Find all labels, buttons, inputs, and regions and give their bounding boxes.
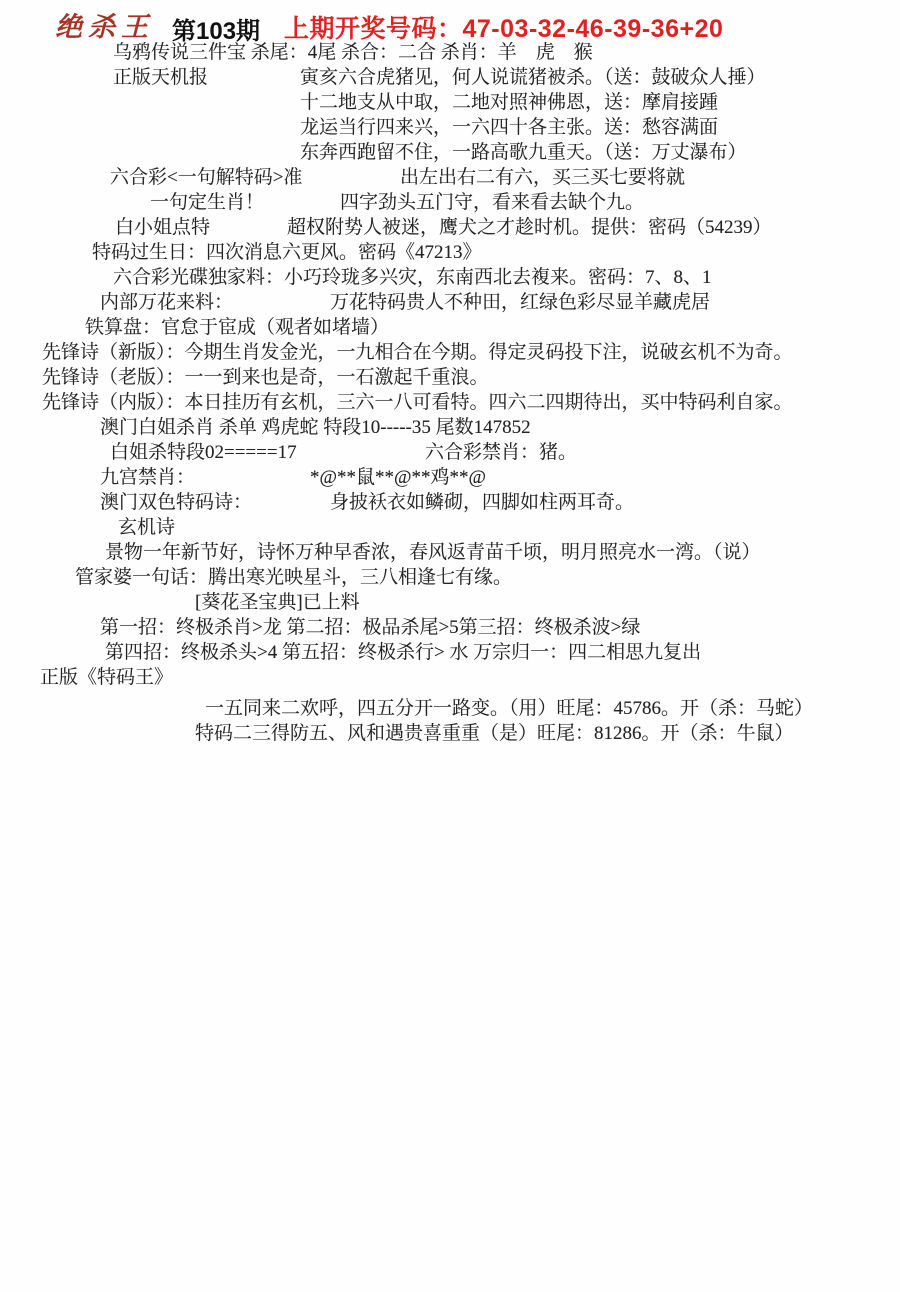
text-line: 先锋诗（老版）：一一到来也是奇，一石激起千重浪。 (0, 365, 900, 390)
text-segment: [葵花圣宝典]已上料 (195, 590, 360, 615)
text-line: 白姐杀特段02=====17六合彩禁肖：猪。 (0, 440, 900, 465)
text-segment: 东奔西跑留不住，一路高歌九重天。（送：万丈瀑布） (300, 140, 747, 165)
text-segment: 第四招：终极杀头>4 第五招：终极杀行> 水 万宗归一：四二相思九复出 (105, 640, 701, 665)
text-line: 特码过生日：四次消息六更风。密码《47213》 (0, 240, 900, 265)
text-line: 十二地支从中取，二地对照神佛恩，送：摩肩接踵 (0, 90, 900, 115)
body-lines: 乌鸦传说三件宝 杀尾：4尾 杀合：二合 杀肖：羊 虎 猴正版天机报寅亥六合虎猪见… (0, 40, 900, 746)
text-line: 澳门双色特码诗：身披袄衣如鳞砌，四脚如柱两耳奇。 (0, 490, 900, 515)
text-segment: 先锋诗（老版）：一一到来也是奇，一石激起千重浪。 (42, 365, 489, 390)
text-line: 乌鸦传说三件宝 杀尾：4尾 杀合：二合 杀肖：羊 虎 猴 (0, 40, 900, 65)
text-segment: 特码二三得防五、风和遇贵喜重重（是）旺尾：81286。开（杀：牛鼠） (195, 721, 794, 746)
text-segment: 万花特码贵人不种田，红绿色彩尽显羊藏虎居 (330, 290, 710, 315)
text-segment: 先锋诗（内版）：本日挂历有玄机，三六一八可看特。四六二四期待出，买中特码利自家。 (42, 390, 793, 415)
text-line: 内部万花来料：万花特码贵人不种田，红绿色彩尽显羊藏虎居 (0, 290, 900, 315)
text-segment: 十二地支从中取，二地对照神佛恩，送：摩肩接踵 (300, 90, 718, 115)
text-line: 六合彩<一句解特码>准出左出右二有六，买三买七要将就 (0, 165, 900, 190)
text-line: 龙运当行四来兴，一六四十各主张。送：愁容满面 (0, 115, 900, 140)
text-line: 第四招：终极杀头>4 第五招：终极杀行> 水 万宗归一：四二相思九复出 (0, 640, 900, 665)
text-line: 正版《特码王》 (0, 665, 900, 690)
lottery-tip-sheet: 绝杀王 第103期 上期开奖号码：47-03-32-46-39-36+20 乌鸦… (0, 0, 900, 1292)
brand-title: 绝杀王 (55, 5, 154, 44)
page-header: 绝杀王 第103期 上期开奖号码：47-03-32-46-39-36+20 (0, 4, 900, 40)
text-segment: 九宫禁肖： (100, 465, 195, 490)
text-segment: 先锋诗（新版）：今期生肖发金光，一九相合在今期。得定灵码投下注，说破玄机不为奇。 (42, 340, 793, 365)
text-segment: 四字劲头五门守，看来看去缺个九。 (340, 190, 644, 215)
text-line: 正版天机报寅亥六合虎猪见，何人说谎猪被杀。（送：鼓破众人捶） (0, 65, 900, 90)
text-line: 东奔西跑留不住，一路高歌九重天。（送：万丈瀑布） (0, 140, 900, 165)
text-segment: 白姐杀特段02=====17 (110, 440, 297, 465)
text-line: 白小姐点特超权附势人被迷，鹰犬之才趁时机。提供：密码（54239） (0, 215, 900, 240)
text-segment: 正版天机报 (113, 65, 208, 90)
text-line: 铁算盘：官怠于宦成（观者如堵墙） (0, 315, 900, 340)
text-segment: 澳门白姐杀肖 杀单 鸡虎蛇 特段10-----35 尾数147852 (100, 415, 531, 440)
text-segment: 一五同来二欢呼，四五分开一路变。（用）旺尾：45786。开（杀：马蛇） (205, 696, 813, 721)
text-line: 六合彩光碟独家料：小巧玲珑多兴灾，东南西北去複来。密码：7、8、1 (0, 265, 900, 290)
text-segment: 澳门双色特码诗： (100, 490, 252, 515)
text-segment: 内部万花来料： (100, 290, 233, 315)
text-line: 九宫禁肖：*@**鼠**@**鸡**@ (0, 465, 900, 490)
text-line: 管家婆一句话：腾出寒光映星斗，三八相逢七有缘。 (0, 565, 900, 590)
text-segment: 出左出右二有六，买三买七要将就 (400, 165, 685, 190)
text-line: 一句定生肖！四字劲头五门守，看来看去缺个九。 (0, 190, 900, 215)
text-segment: *@**鼠**@**鸡**@ (310, 465, 486, 490)
text-line: 玄机诗 (0, 515, 900, 540)
text-segment: 六合彩光碟独家料：小巧玲珑多兴灾，东南西北去複来。密码：7、8、1 (113, 265, 712, 290)
text-segment: 管家婆一句话：腾出寒光映星斗，三八相逢七有缘。 (75, 565, 512, 590)
text-segment: 白小姐点特 (115, 215, 210, 240)
text-line: [葵花圣宝典]已上料 (0, 590, 900, 615)
text-line: 澳门白姐杀肖 杀单 鸡虎蛇 特段10-----35 尾数147852 (0, 415, 900, 440)
text-segment: 身披袄衣如鳞砌，四脚如柱两耳奇。 (330, 490, 634, 515)
text-segment: 一句定生肖！ (150, 190, 264, 215)
text-line: 一五同来二欢呼，四五分开一路变。（用）旺尾：45786。开（杀：马蛇） (0, 696, 900, 721)
text-line: 特码二三得防五、风和遇贵喜重重（是）旺尾：81286。开（杀：牛鼠） (0, 721, 900, 746)
text-line: 景物一年新节好，诗怀万种早香浓，春风返青苗千顷，明月照亮水一湾。（说） (0, 540, 900, 565)
text-line: 先锋诗（内版）：本日挂历有玄机，三六一八可看特。四六二四期待出，买中特码利自家。 (0, 390, 900, 415)
text-segment: 景物一年新节好，诗怀万种早香浓，春风返青苗千顷，明月照亮水一湾。（说） (105, 540, 761, 565)
text-segment: 玄机诗 (118, 515, 175, 540)
text-segment: 正版《特码王》 (40, 665, 173, 690)
text-line: 第一招：终极杀肖>龙 第二招：极品杀尾>5第三招：终极杀波>绿 (0, 615, 900, 640)
text-segment: 特码过生日：四次消息六更风。密码《47213》 (92, 240, 482, 265)
text-segment: 第一招：终极杀肖>龙 第二招：极品杀尾>5第三招：终极杀波>绿 (100, 615, 640, 640)
text-segment: 六合彩<一句解特码>准 (110, 165, 302, 190)
text-segment: 六合彩禁肖：猪。 (425, 440, 577, 465)
text-line: 先锋诗（新版）：今期生肖发金光，一九相合在今期。得定灵码投下注，说破玄机不为奇。 (0, 340, 900, 365)
text-segment: 铁算盘：官怠于宦成（观者如堵墙） (85, 315, 389, 340)
text-segment: 超权附势人被迷，鹰犬之才趁时机。提供：密码（54239） (287, 215, 772, 240)
text-segment: 乌鸦传说三件宝 杀尾：4尾 杀合：二合 杀肖：羊 虎 猴 (113, 40, 593, 65)
text-segment: 寅亥六合虎猪见，何人说谎猪被杀。（送：鼓破众人捶） (300, 65, 766, 90)
text-segment: 龙运当行四来兴，一六四十各主张。送：愁容满面 (300, 115, 718, 140)
